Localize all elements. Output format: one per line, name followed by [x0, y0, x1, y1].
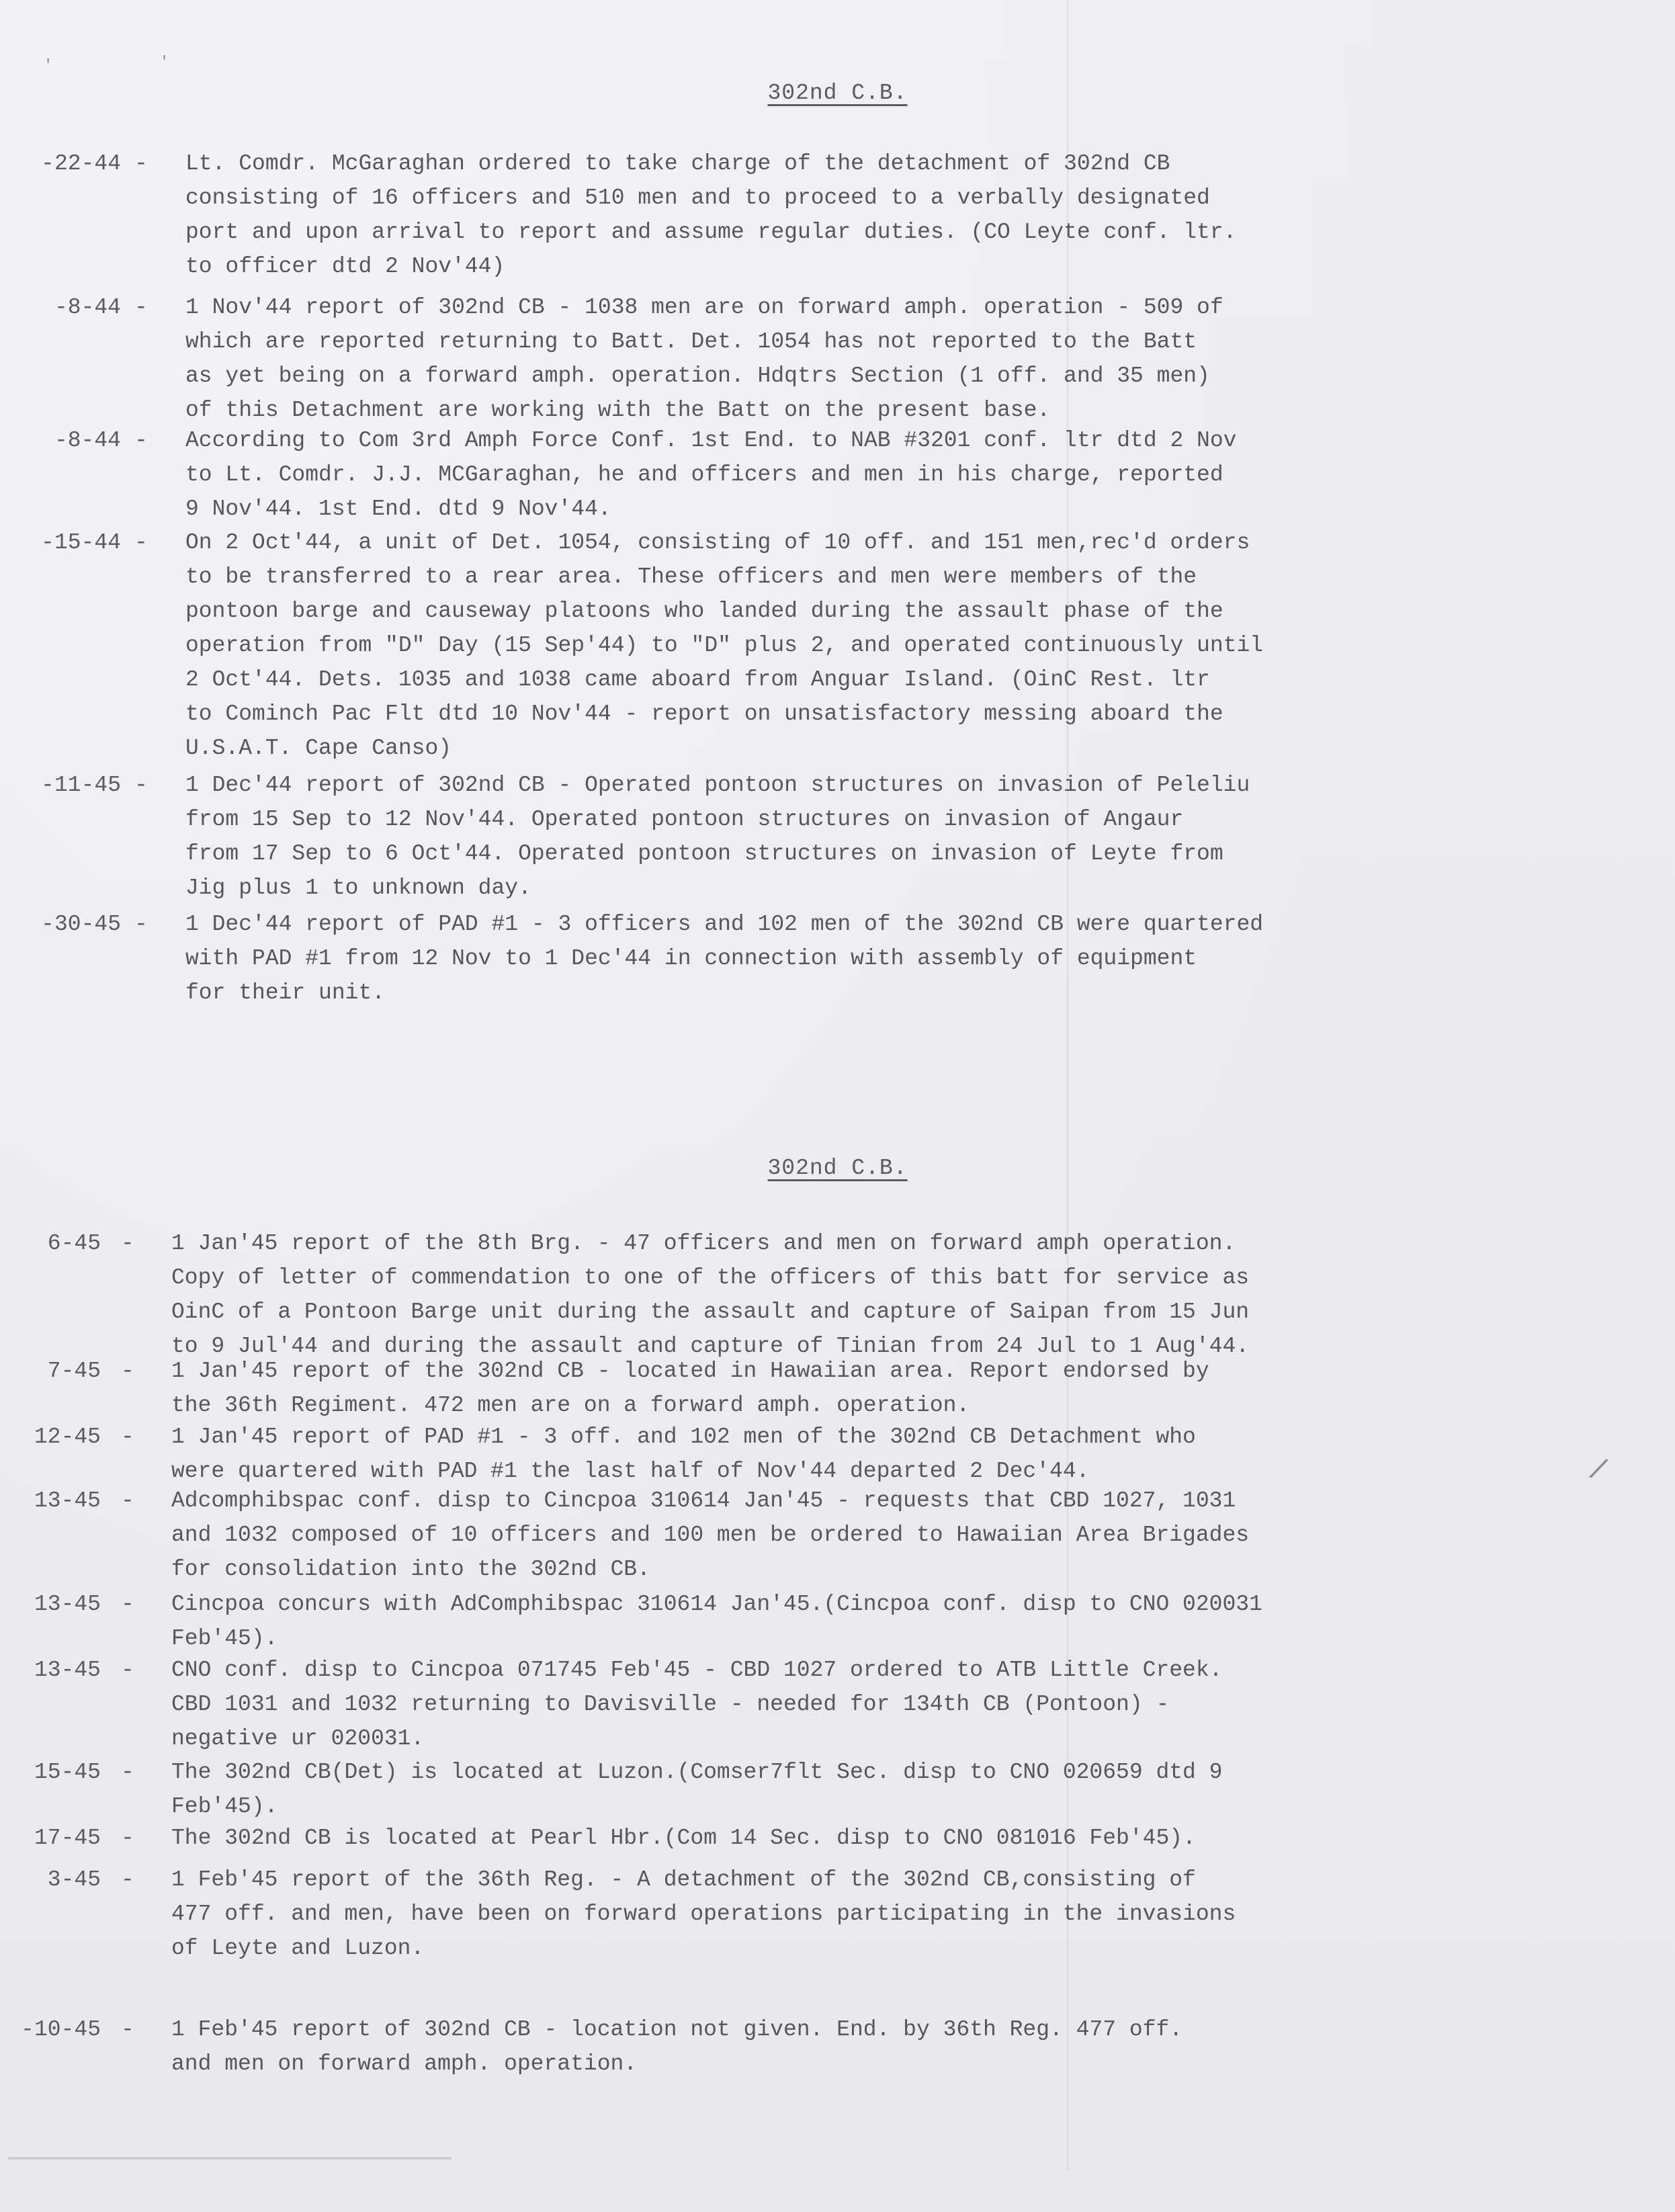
entry-line: from 17 Sep to 6 Oct'44. Operated pontoo…	[185, 837, 1250, 871]
entry-line: Cincpoa concurs with AdComphibspac 31061…	[171, 1587, 1262, 1621]
document-page: ' ' / 302nd C.B. 302nd C.B. -22-44-Lt. C…	[0, 0, 1675, 2212]
entry-line: as yet being on a forward amph. operatio…	[185, 359, 1223, 393]
entry-line: OinC of a Pontoon Barge unit during the …	[171, 1295, 1249, 1329]
entry-line: to be transferred to a rear area. These …	[185, 560, 1263, 594]
entry-date: -30-45	[0, 907, 121, 941]
entry-line: Lt. Comdr. McGaraghan ordered to take ch…	[185, 146, 1236, 181]
section-title: 302nd C.B.	[0, 1156, 1675, 1181]
entry-dash: -	[134, 907, 148, 941]
entry-text: 1 Feb'45 report of the 36th Reg. - A det…	[171, 1863, 1236, 1965]
entry-text: 1 Nov'44 report of 302nd CB - 1038 men a…	[185, 290, 1223, 427]
section-title: 302nd C.B.	[0, 81, 1675, 105]
entry-text: Lt. Comdr. McGaraghan ordered to take ch…	[185, 146, 1236, 284]
entry-dash: -	[121, 1863, 134, 1897]
entry-date: 15-45	[0, 1755, 101, 1789]
entry-dash: -	[134, 768, 148, 802]
entry-date: -8-44	[0, 423, 121, 458]
entry-text: The 302nd CB(Det) is located at Luzon.(C…	[171, 1755, 1222, 1824]
section-title-text: 302nd C.B.	[767, 1156, 907, 1181]
entry-dash: -	[121, 1484, 134, 1518]
entry-date: -22-44	[0, 146, 121, 181]
entry-line: 1 Nov'44 report of 302nd CB - 1038 men a…	[185, 290, 1223, 325]
entry-dash: -	[121, 1226, 134, 1261]
entry-line: for consolidation into the 302nd CB.	[171, 1552, 1249, 1586]
entry-line: and 1032 composed of 10 officers and 100…	[171, 1518, 1249, 1552]
entry-line: CNO conf. disp to Cincpoa 071745 Feb'45 …	[171, 1653, 1222, 1687]
pencil-mark: /	[1585, 1453, 1610, 1490]
entry-text: CNO conf. disp to Cincpoa 071745 Feb'45 …	[171, 1653, 1222, 1756]
entry-line: 1 Jan'45 report of the 8th Brg. - 47 off…	[171, 1226, 1249, 1261]
entry-line: for their unit.	[185, 976, 1263, 1010]
entry-line: Feb'45).	[171, 1789, 1222, 1824]
entry-text: According to Com 3rd Amph Force Conf. 1s…	[185, 423, 1236, 526]
entry-line: 477 off. and men, have been on forward o…	[171, 1897, 1236, 1931]
entry-line: 2 Oct'44. Dets. 1035 and 1038 came aboar…	[185, 663, 1263, 697]
entry-line: On 2 Oct'44, a unit of Det. 1054, consis…	[185, 525, 1263, 560]
entry-text: 1 Feb'45 report of 302nd CB - location n…	[171, 2012, 1183, 2081]
entry-text: On 2 Oct'44, a unit of Det. 1054, consis…	[185, 525, 1263, 765]
stray-mark: '	[160, 54, 169, 71]
entry-line: operation from "D" Day (15 Sep'44) to "D…	[185, 628, 1263, 663]
bottom-rule	[8, 2157, 452, 2160]
entry-line: The 302nd CB is located at Pearl Hbr.(Co…	[171, 1821, 1196, 1855]
entry-line: 1 Dec'44 report of 302nd CB - Operated p…	[185, 768, 1250, 802]
entry-dash: -	[121, 1420, 134, 1454]
entry-line: 1 Jan'45 report of the 302nd CB - locate…	[171, 1354, 1209, 1388]
entry-line: 1 Jan'45 report of PAD #1 - 3 off. and 1…	[171, 1420, 1196, 1454]
entry-line: from 15 Sep to 12 Nov'44. Operated ponto…	[185, 802, 1250, 837]
entry-dash: -	[121, 1821, 134, 1855]
entry-line: port and upon arrival to report and assu…	[185, 215, 1236, 249]
entry-date: -10-45	[0, 2012, 101, 2047]
entry-line: 1 Dec'44 report of PAD #1 - 3 officers a…	[185, 907, 1263, 941]
stray-mark: '	[44, 57, 52, 74]
entry-date: 13-45	[0, 1587, 101, 1621]
entry-text: 1 Dec'44 report of PAD #1 - 3 officers a…	[185, 907, 1263, 1010]
entry-dash: -	[121, 2012, 134, 2047]
entry-dash: -	[134, 525, 148, 560]
entry-line: negative ur 020031.	[171, 1721, 1222, 1756]
entry-line: to Lt. Comdr. J.J. MCGaraghan, he and of…	[185, 458, 1236, 492]
entry-date: 13-45	[0, 1653, 101, 1687]
entry-date: 7-45	[0, 1354, 101, 1388]
entry-line: to Cominch Pac Flt dtd 10 Nov'44 - repor…	[185, 697, 1263, 731]
entry-date: -8-44	[0, 290, 121, 325]
entry-line: Adcomphibspac conf. disp to Cincpoa 3106…	[171, 1484, 1249, 1518]
entry-dash: -	[134, 423, 148, 458]
entry-line: of this Detachment are working with the …	[185, 393, 1223, 427]
entry-line: Feb'45).	[171, 1621, 1262, 1656]
entry-line: pontoon barge and causeway platoons who …	[185, 594, 1263, 628]
entry-line: The 302nd CB(Det) is located at Luzon.(C…	[171, 1755, 1222, 1789]
entry-line: 1 Feb'45 report of the 36th Reg. - A det…	[171, 1863, 1236, 1897]
entry-line: the 36th Regiment. 472 men are on a forw…	[171, 1388, 1209, 1422]
entry-text: The 302nd CB is located at Pearl Hbr.(Co…	[171, 1821, 1196, 1855]
entry-text: 1 Dec'44 report of 302nd CB - Operated p…	[185, 768, 1250, 905]
entry-dash: -	[121, 1354, 134, 1388]
entry-dash: -	[121, 1653, 134, 1687]
entry-line: with PAD #1 from 12 Nov to 1 Dec'44 in c…	[185, 941, 1263, 976]
entry-line: According to Com 3rd Amph Force Conf. 1s…	[185, 423, 1236, 458]
entry-dash: -	[121, 1587, 134, 1621]
entry-line: 1 Feb'45 report of 302nd CB - location n…	[171, 2012, 1183, 2047]
entry-line: of Leyte and Luzon.	[171, 1931, 1236, 1965]
entry-line: CBD 1031 and 1032 returning to Davisvill…	[171, 1687, 1222, 1721]
entry-line: Jig plus 1 to unknown day.	[185, 871, 1250, 905]
entry-dash: -	[134, 146, 148, 181]
entry-dash: -	[134, 290, 148, 325]
entry-date: 6-45	[0, 1226, 101, 1261]
entry-line: Copy of letter of commendation to one of…	[171, 1261, 1249, 1295]
entry-text: 1 Jan'45 report of the 302nd CB - locate…	[171, 1354, 1209, 1422]
entry-dash: -	[121, 1755, 134, 1789]
entry-line: consisting of 16 officers and 510 men an…	[185, 181, 1236, 215]
entry-line: 9 Nov'44. 1st End. dtd 9 Nov'44.	[185, 492, 1236, 526]
entry-text: Cincpoa concurs with AdComphibspac 31061…	[171, 1587, 1262, 1656]
entry-line: which are reported returning to Batt. De…	[185, 325, 1223, 359]
entry-date: 3-45	[0, 1863, 101, 1897]
entry-date: -11-45	[0, 768, 121, 802]
entry-line: to officer dtd 2 Nov'44)	[185, 249, 1236, 284]
entry-text: 1 Jan'45 report of the 8th Brg. - 47 off…	[171, 1226, 1249, 1363]
entry-date: -15-44	[0, 525, 121, 560]
entry-date: 13-45	[0, 1484, 101, 1518]
entry-text: 1 Jan'45 report of PAD #1 - 3 off. and 1…	[171, 1420, 1196, 1488]
entry-date: 12-45	[0, 1420, 101, 1454]
entry-text: Adcomphibspac conf. disp to Cincpoa 3106…	[171, 1484, 1249, 1586]
entry-line: U.S.A.T. Cape Canso)	[185, 731, 1263, 765]
section-title-text: 302nd C.B.	[767, 81, 907, 105]
entry-date: 17-45	[0, 1821, 101, 1855]
entry-line: and men on forward amph. operation.	[171, 2047, 1183, 2081]
